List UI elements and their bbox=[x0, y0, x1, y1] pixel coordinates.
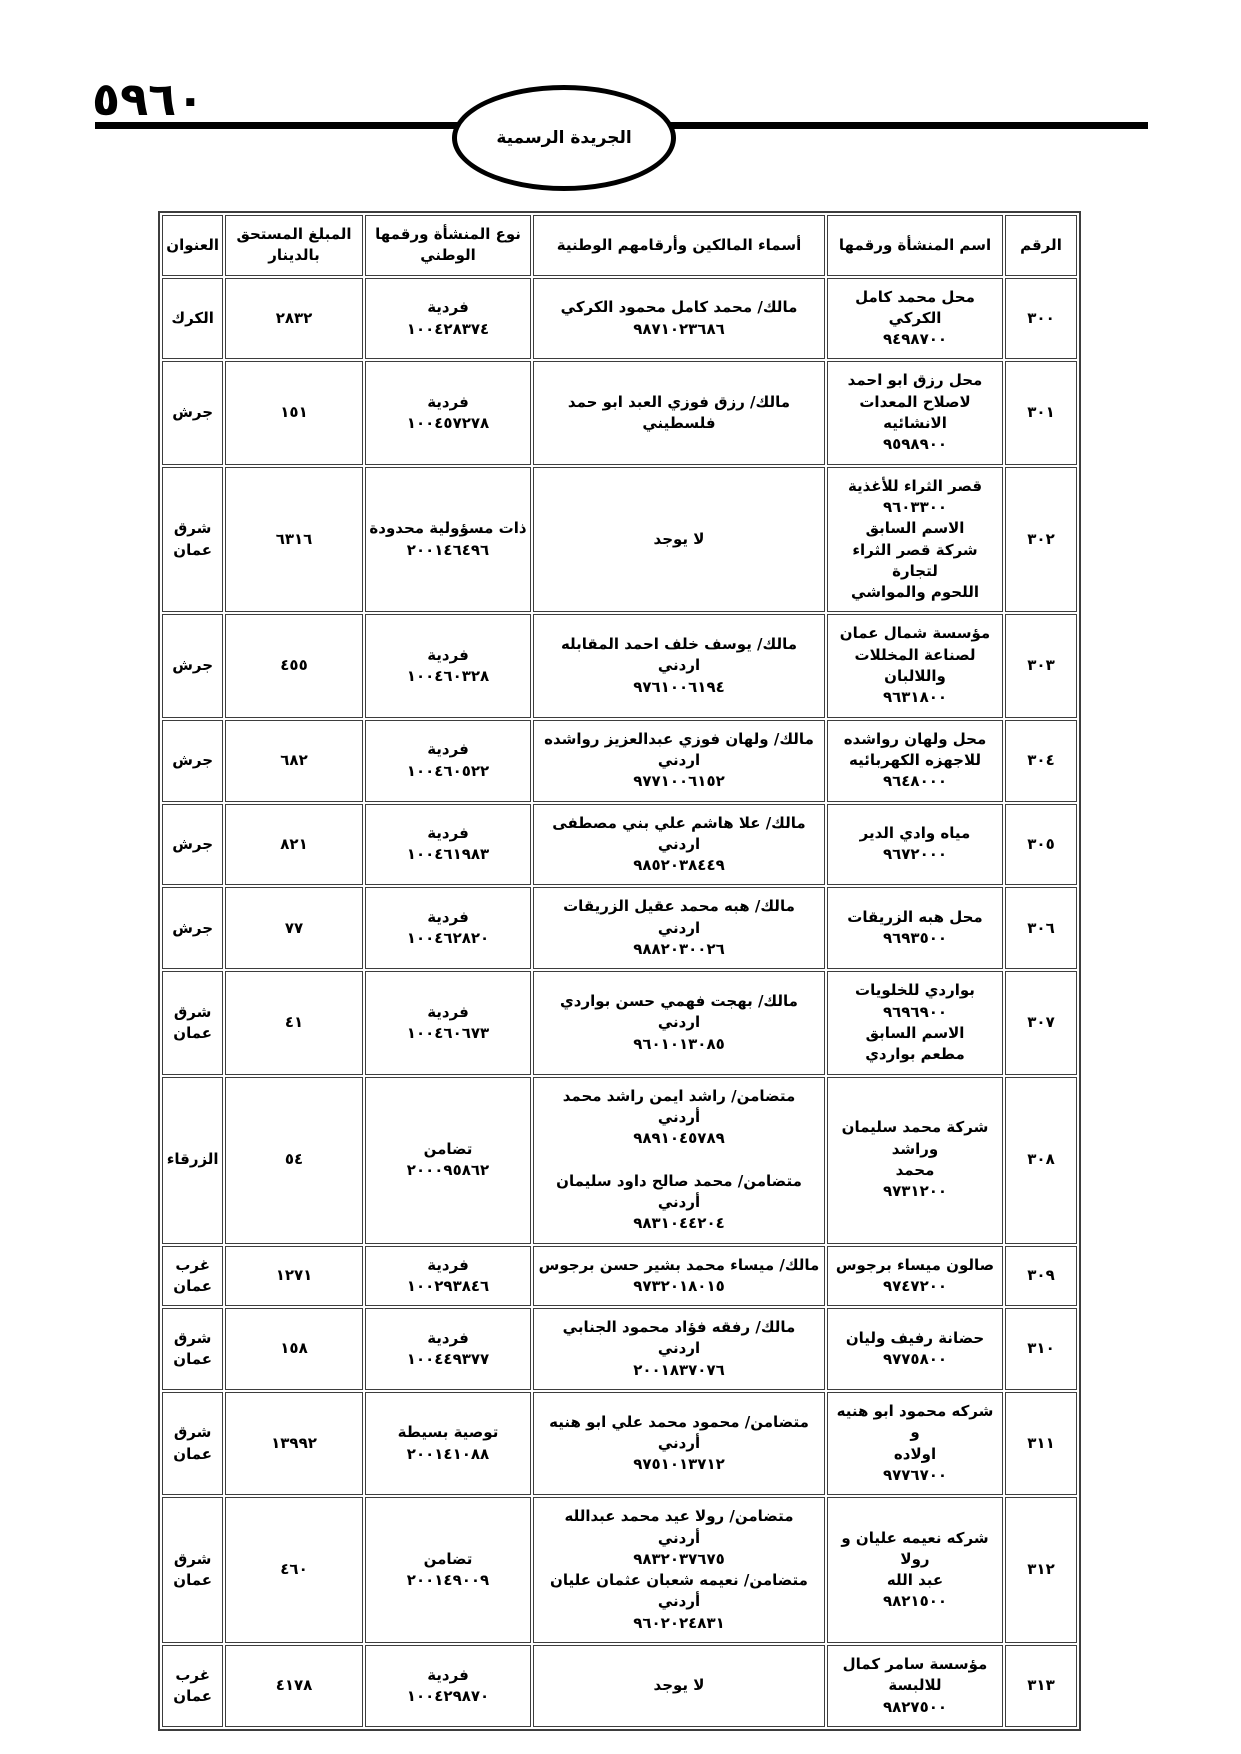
address-cell: شرقعمان bbox=[162, 467, 223, 613]
establishment-type-cell: فردية١٠٠٢٩٣٨٤٦ bbox=[365, 1246, 531, 1307]
amount-due-cell: ١٥١ bbox=[225, 361, 363, 464]
amount-due-cell: ٤١ bbox=[225, 971, 363, 1074]
establishment-name-cell: مؤسسة سامر كمالللالبسة٩٨٢٧٥٠٠ bbox=[827, 1645, 1003, 1727]
records-table: الرقم اسم المنشأة ورقمها أسماء المالكين … bbox=[158, 211, 1081, 1731]
owners-cell: متضامن/ محمود محمد علي ابو هنيهأردني٩٧٥١… bbox=[533, 1392, 825, 1495]
owners-cell: مالك/ هبه محمد عقيل الزريقاتاردني٩٨٨٢٠٣٠… bbox=[533, 887, 825, 969]
establishment-type-cell: فردية١٠٠٤٦٢٨٢٠ bbox=[365, 887, 531, 969]
row-number-cell: ٣٠٦ bbox=[1005, 887, 1077, 969]
header-address: العنوان bbox=[162, 215, 223, 276]
row-number-cell: ٣٠٨ bbox=[1005, 1077, 1077, 1244]
amount-due-cell: ١٣٩٩٢ bbox=[225, 1392, 363, 1495]
table-header-row: الرقم اسم المنشأة ورقمها أسماء المالكين … bbox=[162, 215, 1077, 276]
row-number-cell: ٣٠٩ bbox=[1005, 1246, 1077, 1307]
owners-cell: متضامن/ راشد ايمن راشد محمدأردني٩٨٩١٠٤٥٧… bbox=[533, 1077, 825, 1244]
table-row: ٣٠٦محل هبه الزريقات٩٦٩٣٥٠٠مالك/ هبه محمد… bbox=[162, 887, 1077, 969]
establishment-name-cell: محل رزق ابو احمدلاصلاح المعدات الانشائيه… bbox=[827, 361, 1003, 464]
address-cell: الزرقاء bbox=[162, 1077, 223, 1244]
establishment-name-cell: محل محمد كامل الكركي٩٤٩٨٧٠٠ bbox=[827, 278, 1003, 360]
owners-cell: مالك/ يوسف خلف احمد المقابلهاردني٩٧٦١٠٠٦… bbox=[533, 614, 825, 717]
row-number-cell: ٣١٣ bbox=[1005, 1645, 1077, 1727]
row-number-cell: ٣١١ bbox=[1005, 1392, 1077, 1495]
row-number-cell: ٣٠١ bbox=[1005, 361, 1077, 464]
address-cell: جرش bbox=[162, 720, 223, 802]
gazette-banner: الجريدة الرسمية bbox=[452, 85, 676, 191]
address-cell: جرش bbox=[162, 614, 223, 717]
table-row: ٣١٠حضانة رفيف وليان٩٧٧٥٨٠٠مالك/ رفقه فؤا… bbox=[162, 1308, 1077, 1390]
amount-due-cell: ٥٤ bbox=[225, 1077, 363, 1244]
owners-cell: مالك/ رفقه فؤاد محمود الجنابياردني٢٠٠١٨٣… bbox=[533, 1308, 825, 1390]
header-establishment-name: اسم المنشأة ورقمها bbox=[827, 215, 1003, 276]
establishment-type-cell: فردية١٠٠٤٢٩٨٧٠ bbox=[365, 1645, 531, 1727]
establishment-name-cell: محل هبه الزريقات٩٦٩٣٥٠٠ bbox=[827, 887, 1003, 969]
table-row: ٣٠٤محل ولهان رواشدهللاجهزه الكهربائيه٩٦٤… bbox=[162, 720, 1077, 802]
amount-due-cell: ١٥٨ bbox=[225, 1308, 363, 1390]
address-cell: غربعمان bbox=[162, 1645, 223, 1727]
amount-due-cell: ٤٦٠ bbox=[225, 1497, 363, 1643]
gazette-page: ٥٩٦٠ الجريدة الرسمية الرقم اسم المنشأة و… bbox=[0, 0, 1241, 1754]
page-number: ٥٩٦٠ bbox=[92, 72, 204, 126]
gazette-banner-title: الجريدة الرسمية bbox=[496, 128, 631, 148]
establishment-type-cell: تضامن٢٠٠٠٩٥٨٦٢ bbox=[365, 1077, 531, 1244]
establishment-name-cell: بواردي للخلويات٩٦٩٦٩٠٠الاسم السابقمطعم ب… bbox=[827, 971, 1003, 1074]
table-row: ٣٠٣مؤسسة شمال عمانلصناعة المخللاتواللالب… bbox=[162, 614, 1077, 717]
owners-cell: مالك/ علا هاشم علي بني مصطفىاردني٩٨٥٢٠٣٨… bbox=[533, 804, 825, 886]
address-cell: الكرك bbox=[162, 278, 223, 360]
establishment-name-cell: شركه نعيمه عليان و رولاعبد الله٩٨٢١٥٠٠ bbox=[827, 1497, 1003, 1643]
owners-cell: لا يوجد bbox=[533, 467, 825, 613]
address-cell: شرقعمان bbox=[162, 1392, 223, 1495]
records-table-body: ٣٠٠محل محمد كامل الكركي٩٤٩٨٧٠٠مالك/ محمد… bbox=[162, 278, 1077, 1727]
table-row: ٣٠٢قصر الثراء للأغذية٩٦٠٣٣٠٠الاسم السابق… bbox=[162, 467, 1077, 613]
row-number-cell: ٣٠٣ bbox=[1005, 614, 1077, 717]
establishment-type-cell: توصية بسيطة٢٠٠١٤١٠٨٨ bbox=[365, 1392, 531, 1495]
establishment-type-cell: فردية١٠٠٤٦١٩٨٣ bbox=[365, 804, 531, 886]
amount-due-cell: ١٢٧١ bbox=[225, 1246, 363, 1307]
owners-cell: مالك/ بهجت فهمي حسن بواردياردني٩٦٠١٠١٣٠٨… bbox=[533, 971, 825, 1074]
address-cell: شرقعمان bbox=[162, 1497, 223, 1643]
establishment-type-cell: تضامن٢٠٠١٤٩٠٠٩ bbox=[365, 1497, 531, 1643]
row-number-cell: ٣٠٢ bbox=[1005, 467, 1077, 613]
establishment-type-cell: فردية١٠٠٤٥٧٢٧٨ bbox=[365, 361, 531, 464]
owners-cell: متضامن/ رولا عيد محمد عبداللهأردني٩٨٣٢٠٣… bbox=[533, 1497, 825, 1643]
owners-cell: مالك/ ولهان فوزي عبدالعزيز رواشدهاردني٩٧… bbox=[533, 720, 825, 802]
owners-cell: مالك/ ميساء محمد بشير حسن برجوس٩٧٣٢٠١٨٠١… bbox=[533, 1246, 825, 1307]
address-cell: غربعمان bbox=[162, 1246, 223, 1307]
owners-cell: لا يوجد bbox=[533, 1645, 825, 1727]
amount-due-cell: ٦٣١٦ bbox=[225, 467, 363, 613]
table-row: ٣٠٩صالون ميساء برجوس٩٧٤٧٢٠٠مالك/ ميساء م… bbox=[162, 1246, 1077, 1307]
amount-due-cell: ٢٨٣٢ bbox=[225, 278, 363, 360]
amount-due-cell: ٧٧ bbox=[225, 887, 363, 969]
row-number-cell: ٣٠٠ bbox=[1005, 278, 1077, 360]
owners-cell: مالك/ محمد كامل محمود الكركي٩٨٧١٠٢٣٦٨٦ bbox=[533, 278, 825, 360]
establishment-name-cell: قصر الثراء للأغذية٩٦٠٣٣٠٠الاسم السابقشرك… bbox=[827, 467, 1003, 613]
header-establishment-type: نوع المنشأة ورقمها الوطني bbox=[365, 215, 531, 276]
establishment-name-cell: محل ولهان رواشدهللاجهزه الكهربائيه٩٦٤٨٠٠… bbox=[827, 720, 1003, 802]
table-row: ٣١٢شركه نعيمه عليان و رولاعبد الله٩٨٢١٥٠… bbox=[162, 1497, 1077, 1643]
header-amount-due: المبلغ المستحق بالدينار bbox=[225, 215, 363, 276]
header-number: الرقم bbox=[1005, 215, 1077, 276]
address-cell: جرش bbox=[162, 887, 223, 969]
address-cell: شرقعمان bbox=[162, 1308, 223, 1390]
establishment-name-cell: مياه وادي الدير٩٦٧٢٠٠٠ bbox=[827, 804, 1003, 886]
establishment-type-cell: فردية١٠٠٤٤٩٣٧٧ bbox=[365, 1308, 531, 1390]
amount-due-cell: ٤١٧٨ bbox=[225, 1645, 363, 1727]
establishment-type-cell: فردية١٠٠٤٦٠٦٧٣ bbox=[365, 971, 531, 1074]
address-cell: شرقعمان bbox=[162, 971, 223, 1074]
table-row: ٣١١شركه محمود ابو هنيه واولاده٩٧٧٦٧٠٠متض… bbox=[162, 1392, 1077, 1495]
table-row: ٣٠٠محل محمد كامل الكركي٩٤٩٨٧٠٠مالك/ محمد… bbox=[162, 278, 1077, 360]
establishment-type-cell: فردية١٠٠٤٦٠٥٢٢ bbox=[365, 720, 531, 802]
row-number-cell: ٣١٠ bbox=[1005, 1308, 1077, 1390]
establishment-type-cell: فردية١٠٠٤٢٨٣٧٤ bbox=[365, 278, 531, 360]
row-number-cell: ٣٠٧ bbox=[1005, 971, 1077, 1074]
table-row: ٣٠١محل رزق ابو احمدلاصلاح المعدات الانشا… bbox=[162, 361, 1077, 464]
owners-cell: مالك/ رزق فوزي العبد ابو حمدفلسطيني bbox=[533, 361, 825, 464]
establishment-name-cell: مؤسسة شمال عمانلصناعة المخللاتواللالبان٩… bbox=[827, 614, 1003, 717]
amount-due-cell: ٦٨٢ bbox=[225, 720, 363, 802]
establishment-name-cell: حضانة رفيف وليان٩٧٧٥٨٠٠ bbox=[827, 1308, 1003, 1390]
header-owners: أسماء المالكين وأرقامهم الوطنية bbox=[533, 215, 825, 276]
table-row: ٣١٣مؤسسة سامر كمالللالبسة٩٨٢٧٥٠٠لا يوجدف… bbox=[162, 1645, 1077, 1727]
table-row: ٣٠٥مياه وادي الدير٩٦٧٢٠٠٠مالك/ علا هاشم … bbox=[162, 804, 1077, 886]
address-cell: جرش bbox=[162, 361, 223, 464]
address-cell: جرش bbox=[162, 804, 223, 886]
establishment-name-cell: شركه محمود ابو هنيه واولاده٩٧٧٦٧٠٠ bbox=[827, 1392, 1003, 1495]
row-number-cell: ٣٠٥ bbox=[1005, 804, 1077, 886]
amount-due-cell: ٤٥٥ bbox=[225, 614, 363, 717]
table-row: ٣٠٧بواردي للخلويات٩٦٩٦٩٠٠الاسم السابقمطع… bbox=[162, 971, 1077, 1074]
establishment-name-cell: صالون ميساء برجوس٩٧٤٧٢٠٠ bbox=[827, 1246, 1003, 1307]
row-number-cell: ٣١٢ bbox=[1005, 1497, 1077, 1643]
establishment-type-cell: ذات مسؤولية محدودة٢٠٠١٤٦٤٩٦ bbox=[365, 467, 531, 613]
establishment-name-cell: شركة محمد سليمان وراشدمحمد٩٧٣١٢٠٠ bbox=[827, 1077, 1003, 1244]
table-row: ٣٠٨شركة محمد سليمان وراشدمحمد٩٧٣١٢٠٠متضا… bbox=[162, 1077, 1077, 1244]
row-number-cell: ٣٠٤ bbox=[1005, 720, 1077, 802]
amount-due-cell: ٨٢١ bbox=[225, 804, 363, 886]
establishment-type-cell: فردية١٠٠٤٦٠٣٢٨ bbox=[365, 614, 531, 717]
